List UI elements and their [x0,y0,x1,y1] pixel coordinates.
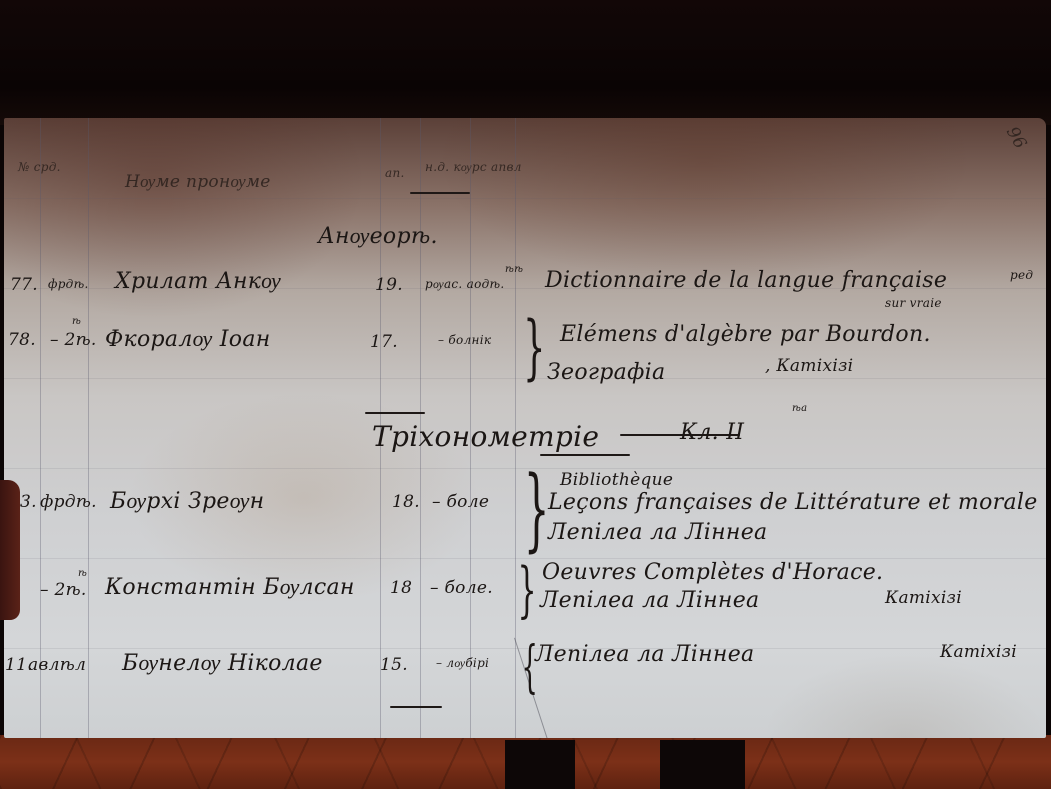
section-title: Анѹеорѣ. [318,223,438,249]
ruled-line [88,118,89,738]
book-subtitle: sur vraie [885,296,942,310]
book-title: Лепілеа ла Ліннеа [548,520,767,545]
book-note: Катіхізі [885,588,962,608]
brace: } [524,465,550,555]
brace: } [518,560,537,620]
entry-status: – боле [432,492,489,512]
brace: } [523,312,545,382]
entry-status-sup: ѣѣ [505,264,523,275]
torn-edge [0,480,20,620]
entry-grade: – 2ѣ. [40,580,87,600]
section-title-suffix: Кл. II [680,420,744,445]
header-col-number: № срд. [18,160,61,174]
entry-name: Бѹрхі Зреѹн [110,488,264,514]
entry-name: Хрилат Анкѹ [115,268,281,294]
book-title: Leçons françaises de Littérature et mora… [548,490,1038,515]
entry-number: 3. [20,492,37,512]
shadow [505,740,575,789]
book-title: Dictionnaire de la langue française [545,268,947,293]
entry-number: 78. [8,330,36,350]
book-title: Elémens d'algèbre par Bourdon. [560,322,931,347]
entry-grade: авлѣл [28,655,86,675]
ruled-line [4,198,1046,199]
section-title: Тріхонометріе [372,420,599,453]
entry-name: Фкоралѹ Іоан [105,326,271,352]
book-title: Bibliothèque [560,470,673,490]
entry-status: – лѹбірі [436,656,489,671]
book-title: Лепілеа ла Ліннеа [540,588,759,613]
entry-number: 77. [10,275,38,295]
dark-backdrop [0,0,1051,125]
entry-grade-sup: ѣ [78,568,87,579]
entry-age: 15. [380,655,408,675]
entry-grade-sup: ѣ [72,316,81,327]
entry-status: рѹас. аодѣ. [425,277,505,292]
book-note: , Катіхізі [765,356,853,376]
book-note: Катіхізі [940,642,1017,662]
entry-age: 18. [392,492,420,512]
header-col-age: ап. [385,166,405,180]
section-title-sup: ѣа [792,403,807,414]
header-col-name: Нѹме пронѹме [125,172,271,192]
shadow [660,740,745,789]
header-col-exam: н.д. кѹрс апвл [425,160,522,175]
entry-grade: – 2ѣ. [50,330,97,350]
overline [365,412,425,414]
book-title: Лепілеа ла Ліннеа [535,642,754,667]
ruled-line [40,118,41,738]
entry-age: 19. [375,275,403,295]
entry-status: – боле. [430,578,493,598]
entry-age: 18 [390,578,412,598]
entry-name: Бѹнелѹ Ніколае [122,650,323,676]
book-title: Oeuvres Complètes d'Horace. [542,560,883,585]
entry-status: – болнік [438,333,491,347]
entry-grade: фрдѣ. [48,277,89,291]
underline [540,454,630,456]
underline [410,192,470,194]
entry-name: Константін Бѹлсан [105,574,355,600]
closing-stroke [390,706,442,708]
book-title: Зеографіа [547,360,665,385]
entry-age: 17. [370,332,398,352]
entry-grade: фрдѣ. [40,492,97,512]
book-note: ред [1010,268,1033,282]
